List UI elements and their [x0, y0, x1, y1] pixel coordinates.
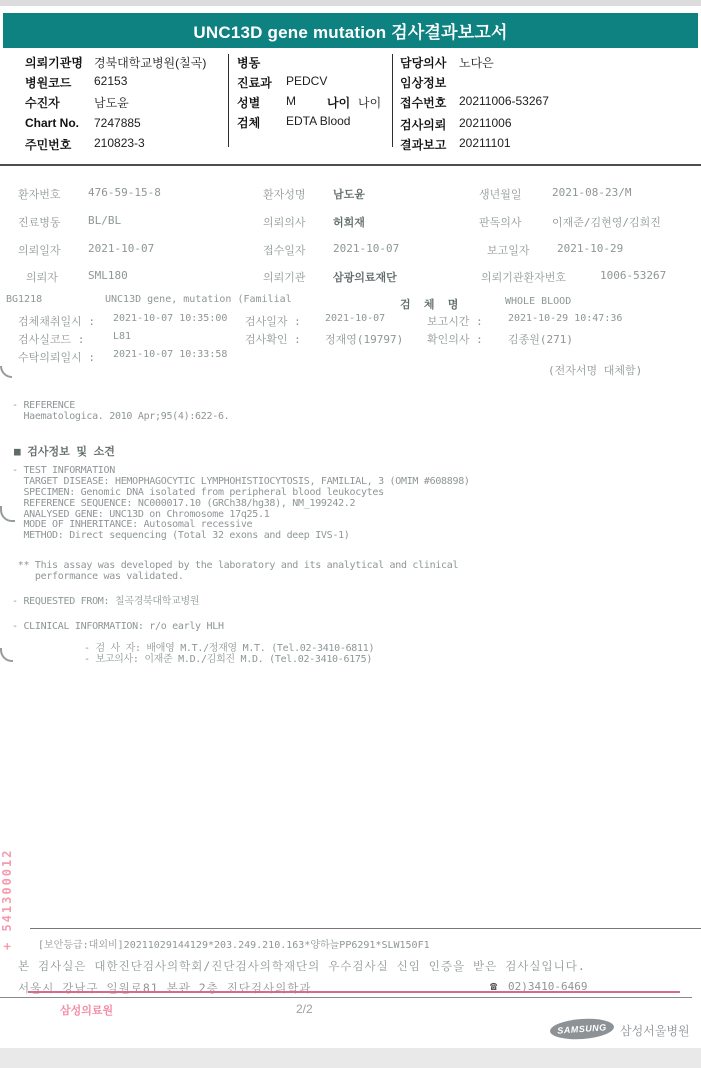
specimen-name-label: 검 체 명: [400, 296, 458, 312]
field-label-requesting-org: 의뢰기관명: [25, 54, 83, 71]
test-name: UNC13D gene, mutation (Familial: [105, 294, 292, 305]
hospital-name: 삼성서울병원: [620, 1022, 690, 1039]
reading-doctor-value: 이재준/김현영/김희진: [552, 214, 661, 230]
field-label-specimen: 검체: [237, 114, 260, 131]
reference-citation: Haematologica. 2010 Apr;95(4):622-6.: [12, 412, 229, 423]
address-line: 서울시 강남구 일원로81 본관 2층 진단검사의학과: [18, 980, 311, 996]
reporting-doctor-line: - 보고의사: 이재준 M.D./김희진 M.D. (Tel.02-3410-6…: [84, 655, 374, 666]
institution-patient-no-value: 1006-53267: [600, 269, 666, 282]
report-page: UNC13D gene mutation 검사결과보고서 의뢰기관명 경북대학교…: [0, 0, 701, 1068]
scan-artifact: [0, 366, 12, 378]
requester-label: 의뢰자: [26, 269, 58, 285]
field-value-attending-doctor: 노다은: [459, 54, 494, 71]
field-value-hospital-code: 62153: [94, 74, 127, 88]
field-value-resident-no: 210823-3: [94, 136, 145, 150]
field-label-hospital-code: 병원코드: [25, 74, 71, 91]
clinical-information-line: - CLINICAL INFORMATION: r/o early HLH: [12, 622, 224, 633]
test-date-label: 검사일자 :: [245, 313, 301, 329]
vertical-accession-code: + 541300012: [0, 808, 14, 950]
reference-block: - REFERENCE Haematologica. 2010 Apr;95(4…: [12, 401, 229, 423]
test-information-block: - TEST INFORMATION TARGET DISEASE: HEMOP…: [12, 466, 470, 542]
confirming-doctor-label: 확인의사 :: [427, 331, 483, 347]
consignment-datetime-label: 수탁의뢰일시 :: [18, 349, 95, 365]
test-code: BG1218: [6, 294, 42, 305]
field-label-test-request-date: 검사의뢰: [400, 116, 446, 133]
collection-datetime-value: 2021-10-07 10:35:00: [113, 313, 227, 324]
receipt-date-value: 2021-10-07: [333, 242, 399, 255]
patient-no-label: 환자번호: [18, 186, 61, 202]
field-value-sex: M: [286, 94, 296, 108]
lab-code-label: 검사실코드 :: [18, 331, 84, 347]
field-value-result-report-date: 20211101: [459, 136, 511, 150]
staff-block: - 검 사 자: 배애영 M.T./정재영 M.T. (Tel.02-3410-…: [84, 644, 374, 666]
report-date-value: 2021-10-29: [557, 242, 623, 255]
report-title-bar: UNC13D gene mutation 검사결과보고서: [3, 13, 698, 48]
field-label-sex: 성별: [237, 94, 260, 111]
consignment-datetime-value: 2021-10-07 10:33:58: [113, 349, 227, 360]
report-date-label: 보고일자: [487, 242, 530, 258]
reading-doctor-label: 판독의사: [479, 214, 522, 230]
bottom-edge-strip: [0, 1048, 701, 1068]
field-value-test-request-date: 20211006: [459, 116, 512, 130]
care-ward-label: 진료병동: [18, 214, 61, 230]
samsung-logo-text: SAMSUNG: [557, 1022, 607, 1035]
electronic-signature-note: (전자서명 대체함): [548, 362, 642, 378]
requester-value: SML180: [88, 269, 128, 282]
top-edge-strip: [0, 0, 701, 6]
requested-from-line: - REQUESTED FROM: 칠곡경북대학교병원: [12, 597, 199, 608]
report-title: UNC13D gene mutation 검사결과보고서: [193, 18, 507, 43]
field-label-clinical-info: 임상정보: [400, 74, 446, 91]
security-divider-line: [30, 928, 701, 929]
accreditation-line: 본 검사실은 대한진단검사의학회/진단검사의학재단의 우수검사실 신임 인증을 …: [18, 958, 586, 974]
care-ward-value: BL/BL: [88, 214, 121, 227]
pink-rule: [28, 991, 680, 993]
test-info-line: REFERENCE SEQUENCE: NC000017.10 (GRCh38/…: [12, 499, 470, 510]
report-time-label: 보고시간 :: [427, 313, 483, 329]
scan-artifact: [0, 648, 13, 662]
field-value-age: 나이: [358, 94, 381, 111]
test-verified-label: 검사확인 :: [245, 331, 301, 347]
confirming-doctor-value: 김종원(271): [508, 331, 573, 347]
assay-note-block: ** This assay was developed by the labor…: [12, 561, 458, 583]
field-value-receipt-no: 20211006-53267: [459, 94, 549, 108]
birthdate-value: 2021-08-23/M: [552, 186, 631, 199]
collection-datetime-label: 검체채취일시 :: [18, 313, 95, 329]
field-value-examinee: 남도윤: [94, 94, 129, 111]
footer-divider-line: [0, 997, 692, 998]
field-value-chart-no: 7247885: [94, 116, 141, 130]
test-info-line: METHOD: Direct sequencing (Total 32 exon…: [12, 531, 470, 542]
field-value-department: PEDCV: [286, 74, 327, 88]
request-date-value: 2021-10-07: [88, 242, 154, 255]
report-time-value: 2021-10-29 10:47:36: [508, 313, 622, 324]
patient-no-value: 476-59-15-8: [88, 186, 161, 199]
field-label-receipt-no: 접수번호: [400, 94, 446, 111]
request-date-label: 의뢰일자: [18, 242, 61, 258]
field-label-examinee: 수진자: [25, 94, 60, 111]
field-label-attending-doctor: 담당의사: [400, 54, 446, 71]
footer-org-name: 삼성의료원: [60, 1002, 113, 1018]
specimen-name-value: WHOLE BLOOD: [505, 296, 571, 307]
requesting-institution-value: 삼광의료재단: [333, 269, 397, 285]
patient-name-value: 남도윤: [333, 186, 365, 202]
field-label-result-report-date: 결과보고: [400, 136, 446, 153]
requesting-institution-label: 의뢰기관: [263, 269, 306, 285]
form-column-divider-2: [392, 54, 393, 147]
field-value-requesting-org: 경북대학교병원(칠곡): [94, 54, 206, 71]
field-label-department: 진료과: [237, 74, 272, 91]
header-divider: [0, 164, 701, 166]
receipt-date-label: 접수일자: [263, 242, 306, 258]
section-title-test-info: ■ 검사정보 및 소견: [14, 443, 115, 459]
page-number: 2/2: [296, 1002, 313, 1016]
field-label-age: 나이: [327, 94, 350, 111]
field-label-resident-no: 주민번호: [25, 136, 71, 153]
field-label-chart-no: Chart No.: [25, 116, 79, 130]
institution-patient-no-label: 의뢰기관환자번호: [481, 269, 566, 285]
birthdate-label: 생년월일: [479, 186, 522, 202]
referring-doctor-label: 의뢰의사: [263, 214, 306, 230]
lab-code-value: L81: [113, 331, 131, 342]
samsung-logo: SAMSUNG: [549, 1017, 614, 1041]
scan-artifact: [0, 506, 15, 522]
test-date-value: 2021-10-07: [325, 313, 385, 324]
field-label-ward: 병동: [237, 54, 260, 71]
referring-doctor-value: 허희재: [333, 214, 365, 230]
patient-name-label: 환자성명: [263, 186, 306, 202]
form-column-divider-1: [228, 54, 229, 147]
assay-note-line: performance was validated.: [12, 572, 458, 583]
test-verified-value: 정재영(19797): [325, 331, 403, 347]
field-value-specimen: EDTA Blood: [286, 114, 350, 128]
security-line: [보안등급:대외비]20211029144129*203.249.210.163…: [38, 936, 430, 951]
